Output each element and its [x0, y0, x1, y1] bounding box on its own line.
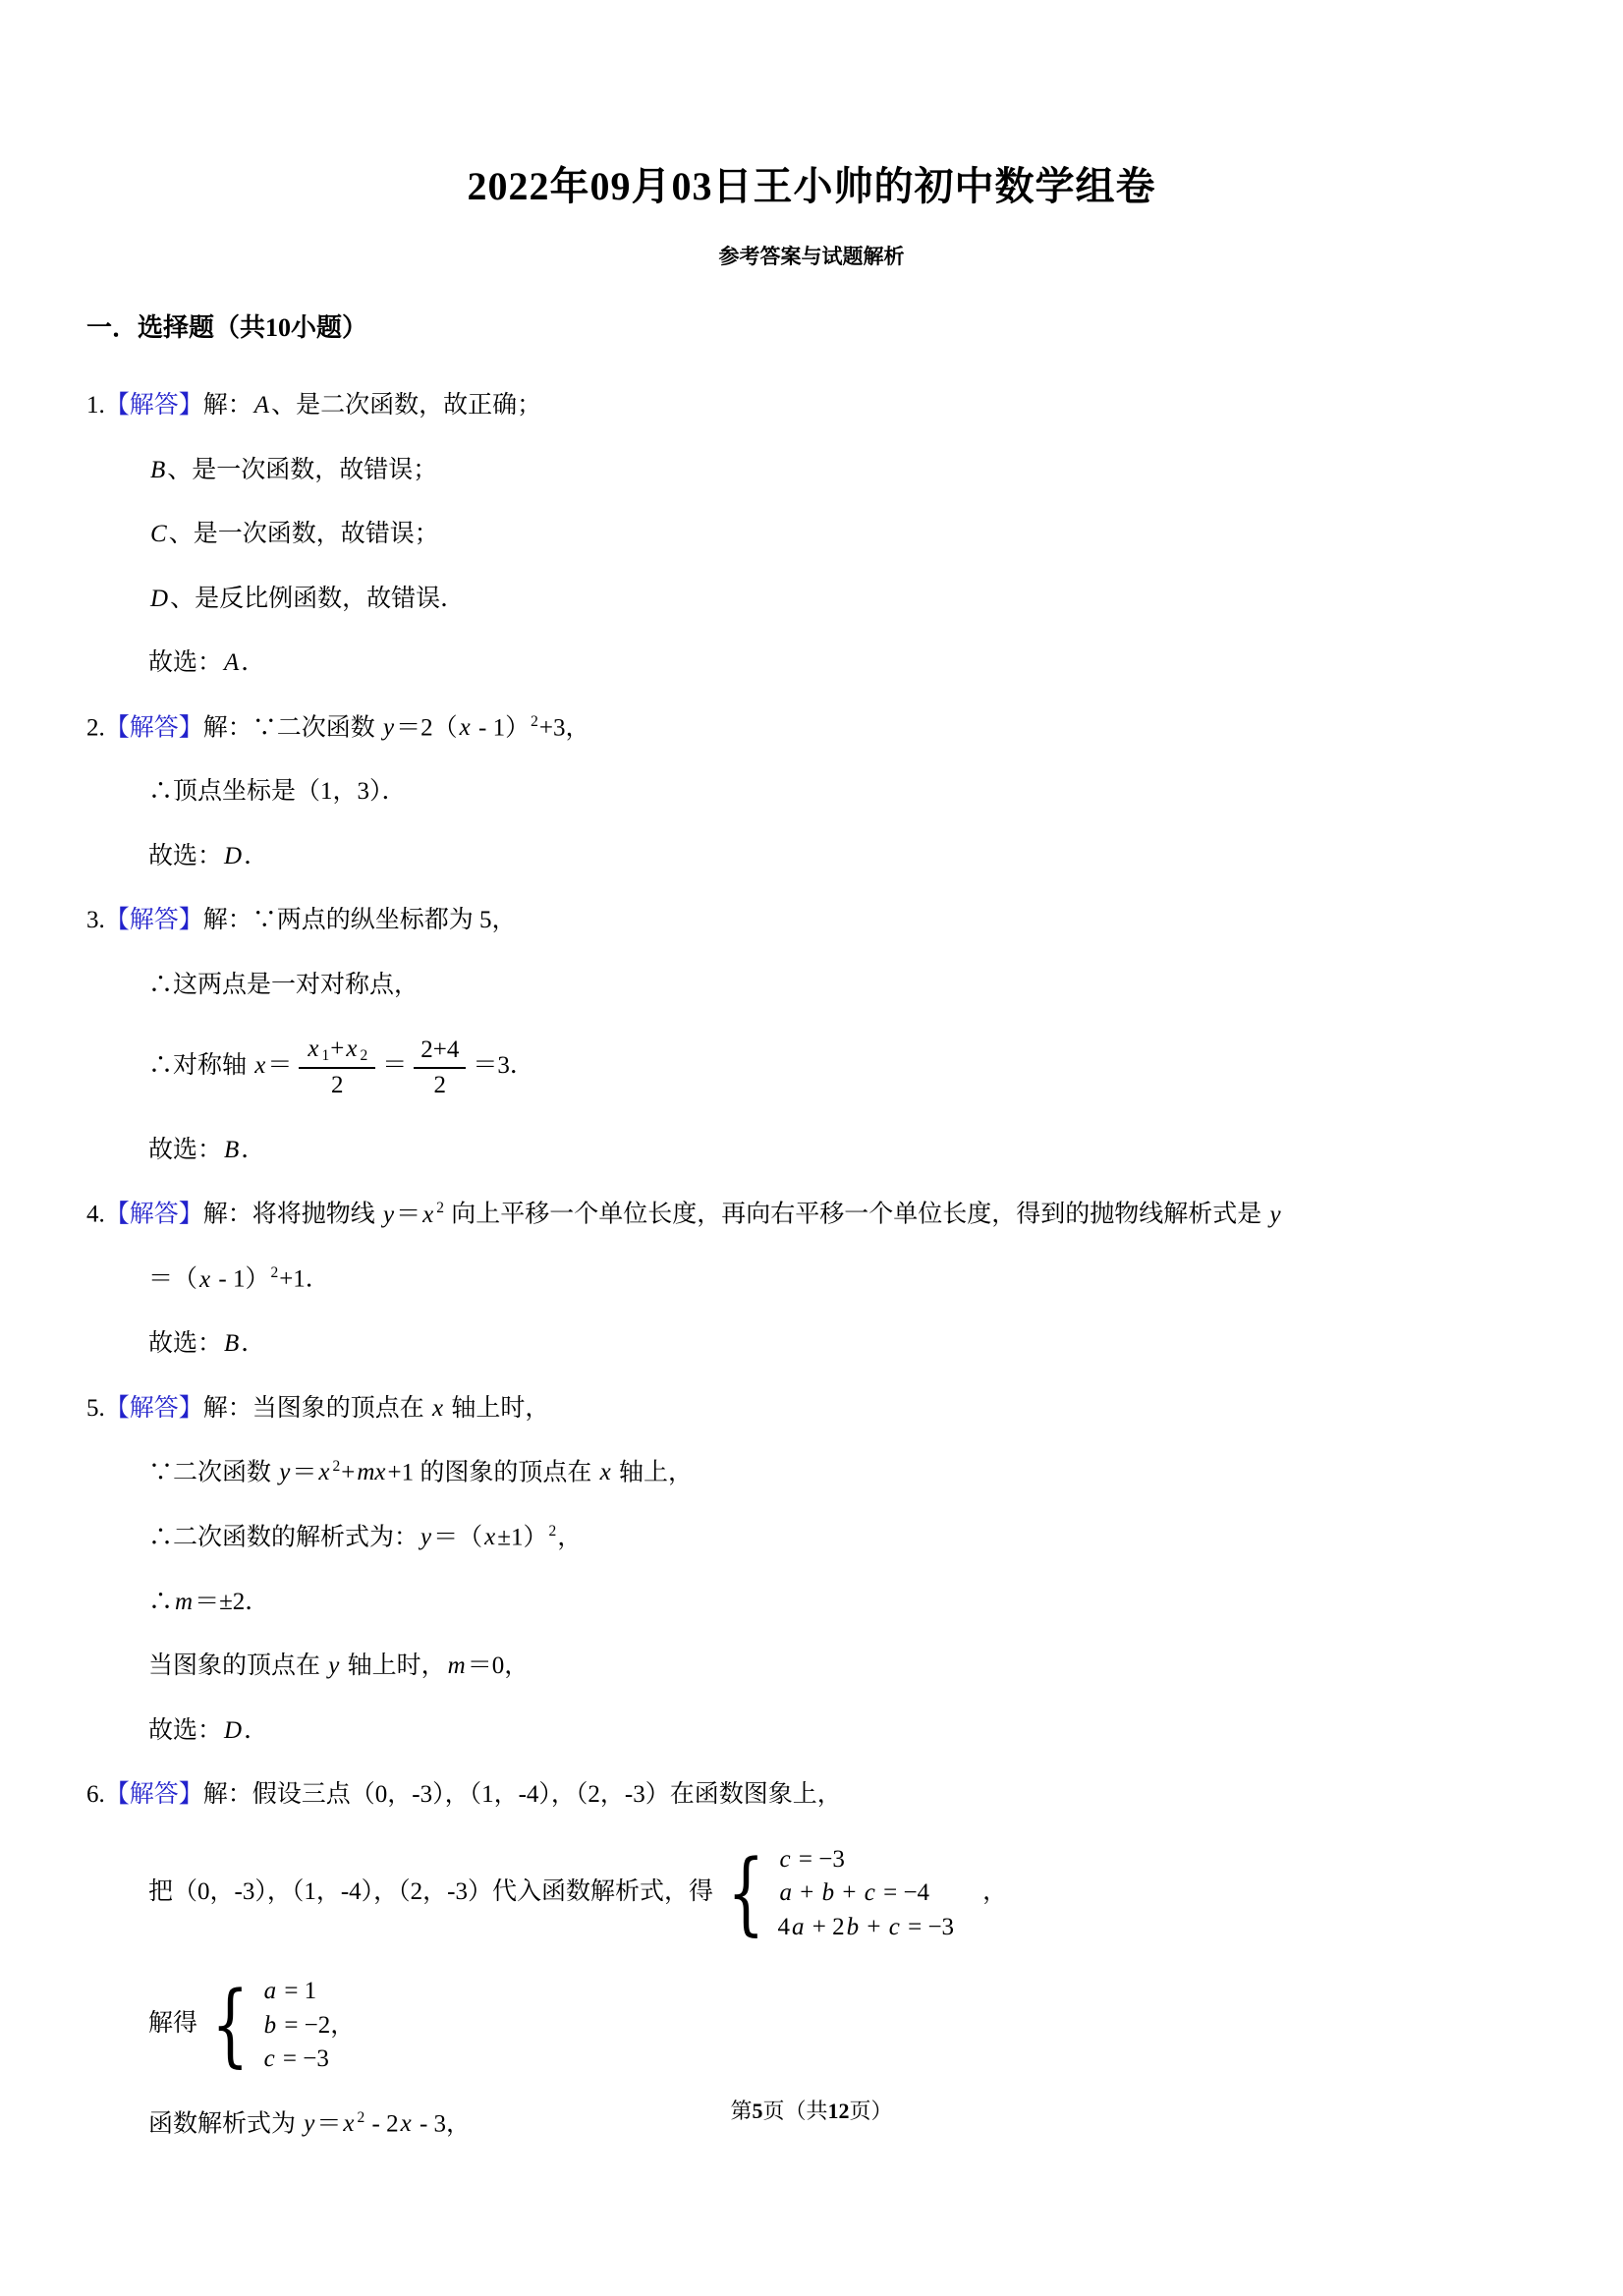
text-run: - 1） [473, 714, 530, 741]
text-run: 轴上时， [341, 1652, 445, 1679]
text-run: +1 的图象的顶点在 [388, 1459, 598, 1485]
variable: y [326, 1652, 341, 1679]
equation-rows: c = −3a + b + c = −44a + 2b + c = −3 [778, 1845, 955, 1942]
superscript: 2 [269, 1264, 279, 1281]
text-run: 故选： [148, 1137, 222, 1163]
text-run: ±1） [497, 1524, 547, 1550]
variable: B [222, 1330, 241, 1357]
text-run: 轴上， [613, 1459, 693, 1485]
text-run: ∴这两点是一对对称点， [148, 972, 419, 998]
left-brace-icon: { [211, 1984, 249, 2067]
text-run: ＝ [382, 1052, 407, 1079]
text-run: ． [244, 1717, 268, 1744]
text-run: ＝（ [433, 1524, 482, 1550]
variable: A [252, 392, 271, 419]
numerator: 2+4 [414, 1036, 466, 1069]
variable: B [222, 1137, 241, 1163]
solution-line: 6.【解答】解：假设三点（0，-3），（1，-4），（2，-3）在函数图象上， [86, 1780, 1537, 1810]
answer-tag: 【解答】 [105, 907, 203, 933]
superscript: 2 [435, 1200, 445, 1216]
text-run: 、是一次函数，故错误； [169, 521, 439, 547]
equation-row: 4a + 2b + c = −3 [778, 1913, 955, 1942]
solution-line: 故选：D． [148, 842, 1537, 871]
variable: x [252, 1052, 267, 1079]
question-number: 2. [86, 714, 105, 741]
variable: a [778, 1879, 795, 1906]
section-heading: 一．选择题（共10小题） [86, 308, 1537, 344]
equation-rows: a = 1b = −2，c = −3 [262, 1977, 356, 2074]
solution-line: B、是一次函数，故错误； [148, 456, 1537, 485]
question-block: 6.【解答】解：假设三点（0，-3），（1，-4），（2，-3）在函数图象上，把… [86, 1780, 1537, 2138]
solution-line: ∴这两点是一对对称点， [148, 971, 1537, 1000]
variable: x [420, 1202, 435, 1228]
page-subtitle: 参考答案与试题解析 [86, 241, 1537, 270]
subscript: 1 [321, 1047, 331, 1064]
text-run: 轴上时， [445, 1395, 549, 1422]
solution-line: ∴二次函数的解析式为：y＝（x±1）2， [148, 1523, 1537, 1552]
variable: a [262, 1978, 279, 2004]
text-run: ． [241, 649, 265, 676]
text-run: ， [958, 1878, 1007, 1905]
variable: A [222, 649, 241, 676]
question-number: 1. [86, 392, 105, 419]
variable: c [778, 1846, 793, 1873]
text-run: 2 [434, 1072, 447, 1098]
answer-tag: 【解答】 [105, 1781, 203, 1808]
answer-tag: 【解答】 [105, 1395, 203, 1422]
variable: m [446, 1652, 468, 1679]
variable: b [262, 2012, 279, 2039]
variable: y [277, 1459, 292, 1485]
solution-line: 1.【解答】解：A、是二次函数，故正确； [86, 391, 1537, 420]
text-run: ∴二次函数的解析式为： [148, 1524, 419, 1550]
text-run: ∴ [148, 1589, 173, 1615]
footer-suffix: 页） [850, 2099, 893, 2123]
superscript: 2 [332, 1458, 342, 1475]
variable: x [197, 1266, 212, 1293]
text-run: ． [241, 1137, 265, 1163]
text-run: 、是二次函数，故正确； [271, 392, 541, 419]
solution-line: 3.【解答】解：∵两点的纵坐标都为 5， [86, 906, 1537, 935]
fraction: 2+42 [414, 1036, 466, 1099]
text-run: 当图象的顶点在 [148, 1652, 326, 1679]
text-run: 故选： [148, 1330, 222, 1357]
page-footer: 第5页（共12页） [0, 2095, 1623, 2125]
variable: y [1268, 1202, 1283, 1228]
question-block: 4.【解答】解：将将抛物线 y＝x2 向上平移一个单位长度，再向右平移一个单位长… [86, 1200, 1537, 1358]
equation-row: c = −3 [778, 1845, 955, 1875]
text-run: 解：假设三点（0，-3），（1，-4），（2，-3）在函数图象上， [203, 1781, 842, 1808]
solution-line: C、是一次函数，故错误； [148, 520, 1537, 549]
page-title: 2022年09月03日王小帅的初中数学组卷 [86, 155, 1537, 211]
text-run: = −3 [793, 1846, 845, 1873]
variable: y [381, 1202, 396, 1228]
solution-line: 故选：A． [148, 648, 1537, 678]
text-run: ∴对称轴 [148, 1052, 252, 1079]
text-run: ＝（ [148, 1266, 197, 1293]
text-run: + [341, 1459, 355, 1485]
variable: x [344, 1036, 359, 1062]
variable: b [820, 1879, 837, 1906]
text-run: 解： [203, 392, 252, 419]
answer-tag: 【解答】 [105, 1202, 203, 1228]
text-run: ∴顶点坐标是（1，3）． [148, 778, 407, 805]
answer-tag: 【解答】 [105, 392, 203, 419]
superscript: 2 [530, 713, 539, 730]
variable: c [887, 1914, 902, 1940]
variable: D [222, 843, 244, 869]
text-run: 向上平移一个单位长度，再向右平移一个单位长度，得到的抛物线解析式是 [445, 1202, 1268, 1228]
variable: b [845, 1914, 862, 1940]
text-run: 故选： [148, 843, 222, 869]
text-run: 2 [331, 1072, 344, 1098]
solution-line: ∵二次函数 y＝x2+mx+1 的图象的顶点在 x 轴上， [148, 1458, 1537, 1487]
text-run: ． [244, 843, 268, 869]
solution-line: 5.【解答】解：当图象的顶点在 x 轴上时， [86, 1394, 1537, 1424]
solution-line: 解得{a = 1b = −2，c = −3 [148, 1977, 1537, 2074]
variable: mx [355, 1459, 387, 1485]
question-block: 1.【解答】解：A、是二次函数，故正确；B、是一次函数，故错误；C、是一次函数，… [86, 391, 1537, 678]
footer-current-page: 5 [752, 2099, 762, 2123]
variable: x [458, 714, 473, 741]
solution-line: 当图象的顶点在 y 轴上时，m＝0， [148, 1652, 1537, 1681]
text-run: 故选： [148, 1717, 222, 1744]
variable: D [148, 586, 170, 612]
solution-line: ∴顶点坐标是（1，3）． [148, 777, 1537, 807]
solution-line: 2.【解答】解：∵二次函数 y＝2（x - 1）2+3， [86, 713, 1537, 743]
footer-total-pages: 12 [828, 2099, 850, 2123]
variable: x [598, 1459, 613, 1485]
variable: x [316, 1459, 331, 1485]
variable: D [222, 1717, 244, 1744]
text-run: = −3 [902, 1914, 954, 1940]
text-run: = −2， [278, 2012, 355, 2039]
solution-line: 故选：D． [148, 1716, 1537, 1746]
footer-mid: 页（共 [762, 2099, 827, 2123]
document-page: 2022年09月03日王小帅的初中数学组卷 参考答案与试题解析 一．选择题（共1… [0, 0, 1623, 2296]
text-run: 故选： [148, 649, 222, 676]
text-run: 把（0，-3），（1，-4），（2，-3）代入函数解析式，得 [148, 1878, 713, 1905]
solution-line: 4.【解答】解：将将抛物线 y＝x2 向上平移一个单位长度，再向右平移一个单位长… [86, 1200, 1537, 1229]
question-block: 5.【解答】解：当图象的顶点在 x 轴上时，∵二次函数 y＝x2+mx+1 的图… [86, 1394, 1537, 1746]
text-run: ＝ [396, 1202, 420, 1228]
variable: B [148, 457, 167, 483]
text-run: ＝ [267, 1052, 292, 1079]
equation-row: a = 1 [262, 1977, 356, 2006]
question-block: 2.【解答】解：∵二次函数 y＝2（x - 1）2+3，∴顶点坐标是（1，3）．… [86, 713, 1537, 871]
superscript: 2 [547, 1523, 557, 1540]
text-run: 2+4 [420, 1036, 459, 1063]
fraction: x1+x22 [299, 1035, 375, 1100]
equation-row: a + b + c = −4 [778, 1878, 955, 1908]
text-run: +1． [279, 1266, 330, 1293]
subscript: 2 [359, 1047, 368, 1064]
text-run: = −3 [277, 2045, 329, 2072]
text-run: 解：∵两点的纵坐标都为 5， [203, 907, 517, 933]
text-run: ＝±2． [195, 1589, 269, 1615]
variable: y [381, 714, 396, 741]
text-run: ＝3． [473, 1052, 534, 1079]
text-run: + [861, 1914, 887, 1940]
text-run: 4 [778, 1914, 791, 1940]
question-number: 6. [86, 1781, 105, 1808]
solution-line: 故选：B． [148, 1329, 1537, 1359]
denominator: 2 [427, 1069, 454, 1100]
question-number: 4. [86, 1202, 105, 1228]
equation-system: {a = 1b = −2，c = −3 [201, 1977, 355, 2074]
footer-prefix: 第 [730, 2099, 752, 2123]
text-run: ＝ [292, 1459, 316, 1485]
question-number: 5. [86, 1395, 105, 1422]
solution-line: D、是反比例函数，故错误． [148, 585, 1537, 614]
solution-line: ＝（x - 1）2+1． [148, 1264, 1537, 1294]
solution-line: ∴m＝±2． [148, 1588, 1537, 1617]
variable: x [482, 1524, 497, 1550]
variable: x [430, 1395, 445, 1422]
text-run: ＝2（ [396, 714, 458, 741]
solution-line: 把（0，-3），（1，-4），（2，-3）代入函数解析式，得{c = −3a +… [148, 1845, 1537, 1942]
denominator: 2 [324, 1069, 351, 1100]
text-run: + 2 [807, 1914, 845, 1940]
text-run: + [330, 1036, 344, 1062]
question-number: 3. [86, 907, 105, 933]
text-run: ＝0， [468, 1652, 530, 1679]
text-run: = −4 [877, 1879, 929, 1906]
text-run: 解：当图象的顶点在 [203, 1395, 430, 1422]
text-run: + [836, 1879, 863, 1906]
questions: 1.【解答】解：A、是二次函数，故正确；B、是一次函数，故错误；C、是一次函数，… [86, 391, 1537, 2138]
equation-row: c = −3 [262, 2044, 356, 2074]
text-run: 解得 [148, 2010, 197, 2037]
text-run: ， [557, 1524, 582, 1550]
text-run: - 1） [212, 1266, 269, 1293]
text-run: + [794, 1879, 820, 1906]
text-run: 解：∵二次函数 [203, 714, 381, 741]
text-run: 、是反比例函数，故错误． [170, 586, 465, 612]
text-run: 、是一次函数，故错误； [167, 457, 437, 483]
variable: c [262, 2045, 277, 2072]
variable: C [148, 521, 169, 547]
text-run: ∵二次函数 [148, 1459, 277, 1485]
solution-line: ∴对称轴 x＝x1+x22＝2+42＝3． [148, 1035, 1537, 1100]
text-run: +3， [539, 714, 590, 741]
left-brace-icon: { [727, 1852, 764, 1935]
variable: x [306, 1036, 320, 1062]
solution-line: 故选：B． [148, 1136, 1537, 1165]
text-run: 解：将将抛物线 [203, 1202, 381, 1228]
variable: y [419, 1524, 433, 1550]
answer-tag: 【解答】 [105, 714, 203, 741]
variable: a [790, 1914, 807, 1940]
variable: m [173, 1589, 195, 1615]
text-run: = 1 [278, 1978, 316, 2004]
text-run: ． [241, 1330, 265, 1357]
numerator: x1+x2 [299, 1035, 375, 1069]
variable: c [863, 1879, 877, 1906]
question-block: 3.【解答】解：∵两点的纵坐标都为 5，∴这两点是一对对称点，∴对称轴 x＝x1… [86, 906, 1537, 1164]
equation-system: {c = −3a + b + c = −44a + 2b + c = −3 [717, 1845, 954, 1942]
equation-row: b = −2， [262, 2011, 356, 2041]
